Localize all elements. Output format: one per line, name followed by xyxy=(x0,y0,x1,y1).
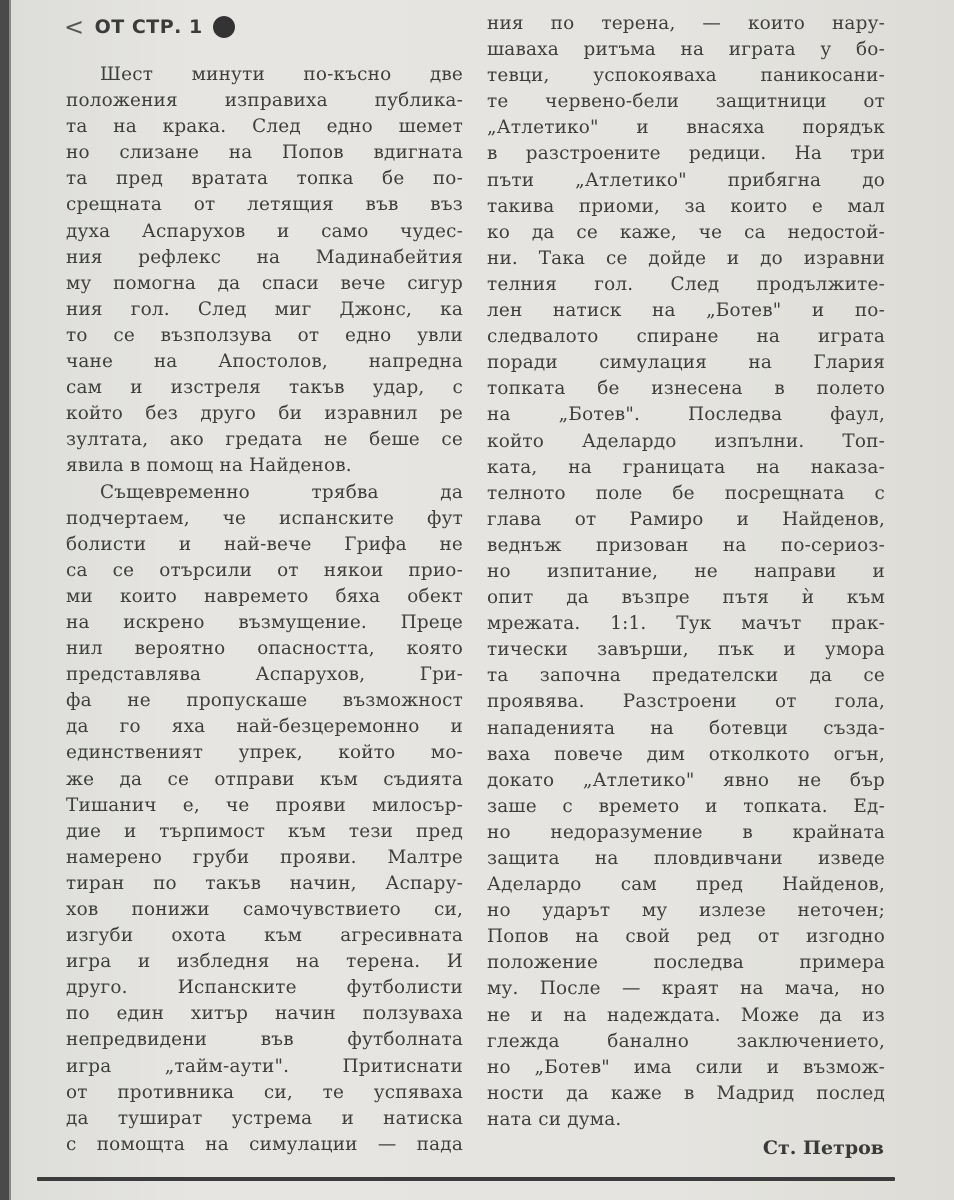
article-line: на „Ботев". Последва фаул, xyxy=(487,402,885,428)
article-line: да тушират устрема и натиска xyxy=(66,1106,463,1132)
article-line: зултата, ако гредата не беше се xyxy=(66,427,463,453)
article-line: ния по терена, — които нару- xyxy=(487,11,885,37)
article-line: глава от Рамиро и Найденов, xyxy=(487,507,885,533)
article-line: „Атлетико" и внасяха порядък xyxy=(487,115,885,141)
article-line: Аделардо сам пред Найденов, xyxy=(487,872,885,898)
article-line: от противника си, те успяваха xyxy=(66,1080,463,1106)
article-line: по един хитър начин ползуваха xyxy=(66,1001,463,1027)
article-line: положения изправиха публика- xyxy=(66,88,463,114)
article-line: шаваха ритъма на играта у бо- xyxy=(487,37,885,63)
article-line: са се отърсили от някои прио- xyxy=(66,558,463,584)
article-line: с помощта на симулации — пада xyxy=(66,1132,463,1158)
article-column-left: Шест минути по-късно двеположения изправ… xyxy=(66,62,463,1158)
article-line: фа не пропускаше възможност xyxy=(66,688,463,714)
article-line: духа Аспарухов и само чудес- xyxy=(66,219,463,245)
article-line: който Аделардо изпълни. Топ- xyxy=(487,429,885,455)
article-line: изгуби охота към агресивната xyxy=(66,923,463,949)
article-line: но недоразумение в крайната xyxy=(487,820,885,846)
article-line: нил вероятно опасността, която xyxy=(66,636,463,662)
article-line: Шест минути по-късно две xyxy=(66,62,463,88)
article-line: защита на пловдивчани изведе xyxy=(487,846,885,872)
article-line: пъти „Атлетико" прибягна до xyxy=(487,168,885,194)
article-line: но изпитание, не направи и xyxy=(487,559,885,585)
article-line: глежда банално заключението, xyxy=(487,1029,885,1055)
article-line: нападенията на ботевци създа- xyxy=(487,716,885,742)
article-line: сам и изстреля такъв удар, с xyxy=(66,375,463,401)
article-line: ния гол. След миг Джонс, ка xyxy=(66,297,463,323)
article-line: ми които навремето бяха обект xyxy=(66,584,463,610)
article-line: но слизане на Попов вдигната xyxy=(66,140,463,166)
article-column-right: ния по терена, — които нару-шаваха ритъм… xyxy=(487,11,885,1133)
article-line: дие и търпимост към тези пред xyxy=(66,819,463,845)
article-line: положение последва примера xyxy=(487,950,885,976)
article-line: му помогна да спаси вече сигур xyxy=(66,271,463,297)
article-line: друго. Испанските футболисти xyxy=(66,975,463,1001)
article-line: Същевременно трябва да xyxy=(66,480,463,506)
article-line: игра и избледня на терена. И xyxy=(66,949,463,975)
article-line: непредвидени във футболната xyxy=(66,1027,463,1053)
article-line: лен натиск на „Ботев" и по- xyxy=(487,298,885,324)
article-line: те червено-бели защитници от xyxy=(487,89,885,115)
article-line: не и на надеждата. Може да из xyxy=(487,1003,885,1029)
article-line: игра „тайм-аути". Притиснати xyxy=(66,1054,463,1080)
article-line: же да се отправи към съдията xyxy=(66,767,463,793)
article-line: хов понижи самочувствието си, xyxy=(66,897,463,923)
article-line: докато „Атлетико" явно не бър xyxy=(487,768,885,794)
page-edge-border xyxy=(0,0,9,1200)
article-line: да го яха най-безцеремонно и xyxy=(66,714,463,740)
article-line: опит да възпре пътя ѝ към xyxy=(487,585,885,611)
article-line: та започна предателски да се xyxy=(487,663,885,689)
article-line: болисти и най-вече Грифа не xyxy=(66,532,463,558)
continuation-label: ОТ СТР. 1 xyxy=(95,16,203,38)
article-line: то се възползува от едно увли xyxy=(66,323,463,349)
article-line: ната си дума. xyxy=(487,1107,885,1133)
article-line: проявява. Разстроени от гола, xyxy=(487,689,885,715)
article-line: та на крака. След едно шемет xyxy=(66,114,463,140)
article-line: тевци, успокояваха паникосани- xyxy=(487,63,885,89)
article-line: ни. Така се дойде и до изравни xyxy=(487,246,885,272)
newspaper-page: < ОТ СТР. 1 Шест минути по-късно двеполо… xyxy=(0,0,954,1200)
article-line: ваха повече дим отколкото огън, xyxy=(487,742,885,768)
article-line: единственият упрек, който мо- xyxy=(66,740,463,766)
article-line: заше с времето и топката. Ед- xyxy=(487,794,885,820)
article-line: срещната от летящия във въз xyxy=(66,192,463,218)
article-line: подчертаем, че испанските фут xyxy=(66,506,463,532)
article-line: та пред вратата топка бе по- xyxy=(66,166,463,192)
article-line: на искрено възмущение. Преце xyxy=(66,610,463,636)
article-line: ко да се каже, че са недостой- xyxy=(487,220,885,246)
article-line: веднъж призован на по-сериоз- xyxy=(487,533,885,559)
article-line: намерено груби прояви. Малтре xyxy=(66,845,463,871)
article-line: представлява Аспарухов, Гри- xyxy=(66,662,463,688)
article-line: такива приоми, за които е мал xyxy=(487,194,885,220)
article-line: му. После — краят на мача, но xyxy=(487,976,885,1002)
continuation-header: < ОТ СТР. 1 xyxy=(64,12,235,42)
article-line: поради симулация на Глария xyxy=(487,350,885,376)
filled-circle-icon xyxy=(213,16,235,38)
article-line: ности да каже в Мадрид послед xyxy=(487,1081,885,1107)
article-line: следвалото спиране на играта xyxy=(487,324,885,350)
article-line: ката, на границата на наказа- xyxy=(487,455,885,481)
article-line: тически завърши, пък и умора xyxy=(487,637,885,663)
author-byline: Ст. Петров xyxy=(763,1137,884,1159)
article-line: телното поле бе посрещната с xyxy=(487,481,885,507)
article-line: ния рефлекс на Мадинабейтия xyxy=(66,245,463,271)
article-line: но ударът му излезе неточен; xyxy=(487,898,885,924)
article-line: телния гол. След продължите- xyxy=(487,272,885,298)
section-divider-rule xyxy=(37,1177,895,1181)
article-line: мрежата. 1:1. Тук мачът прак- xyxy=(487,611,885,637)
article-line: Попов на свой ред от изгодно xyxy=(487,924,885,950)
article-line: който без друго би изравнил ре xyxy=(66,401,463,427)
article-line: тиран по такъв начин, Аспару- xyxy=(66,871,463,897)
article-line: явила в помощ на Найденов. xyxy=(66,453,463,479)
chevron-left-icon: < xyxy=(64,13,85,41)
article-line: в разстроените редици. На три xyxy=(487,141,885,167)
article-line: чане на Апостолов, напредна xyxy=(66,349,463,375)
article-line: Тишанич е, че прояви милосър- xyxy=(66,793,463,819)
article-line: но „Ботев" има сили и възмож- xyxy=(487,1055,885,1081)
article-line: топката бе изнесена в полето xyxy=(487,376,885,402)
